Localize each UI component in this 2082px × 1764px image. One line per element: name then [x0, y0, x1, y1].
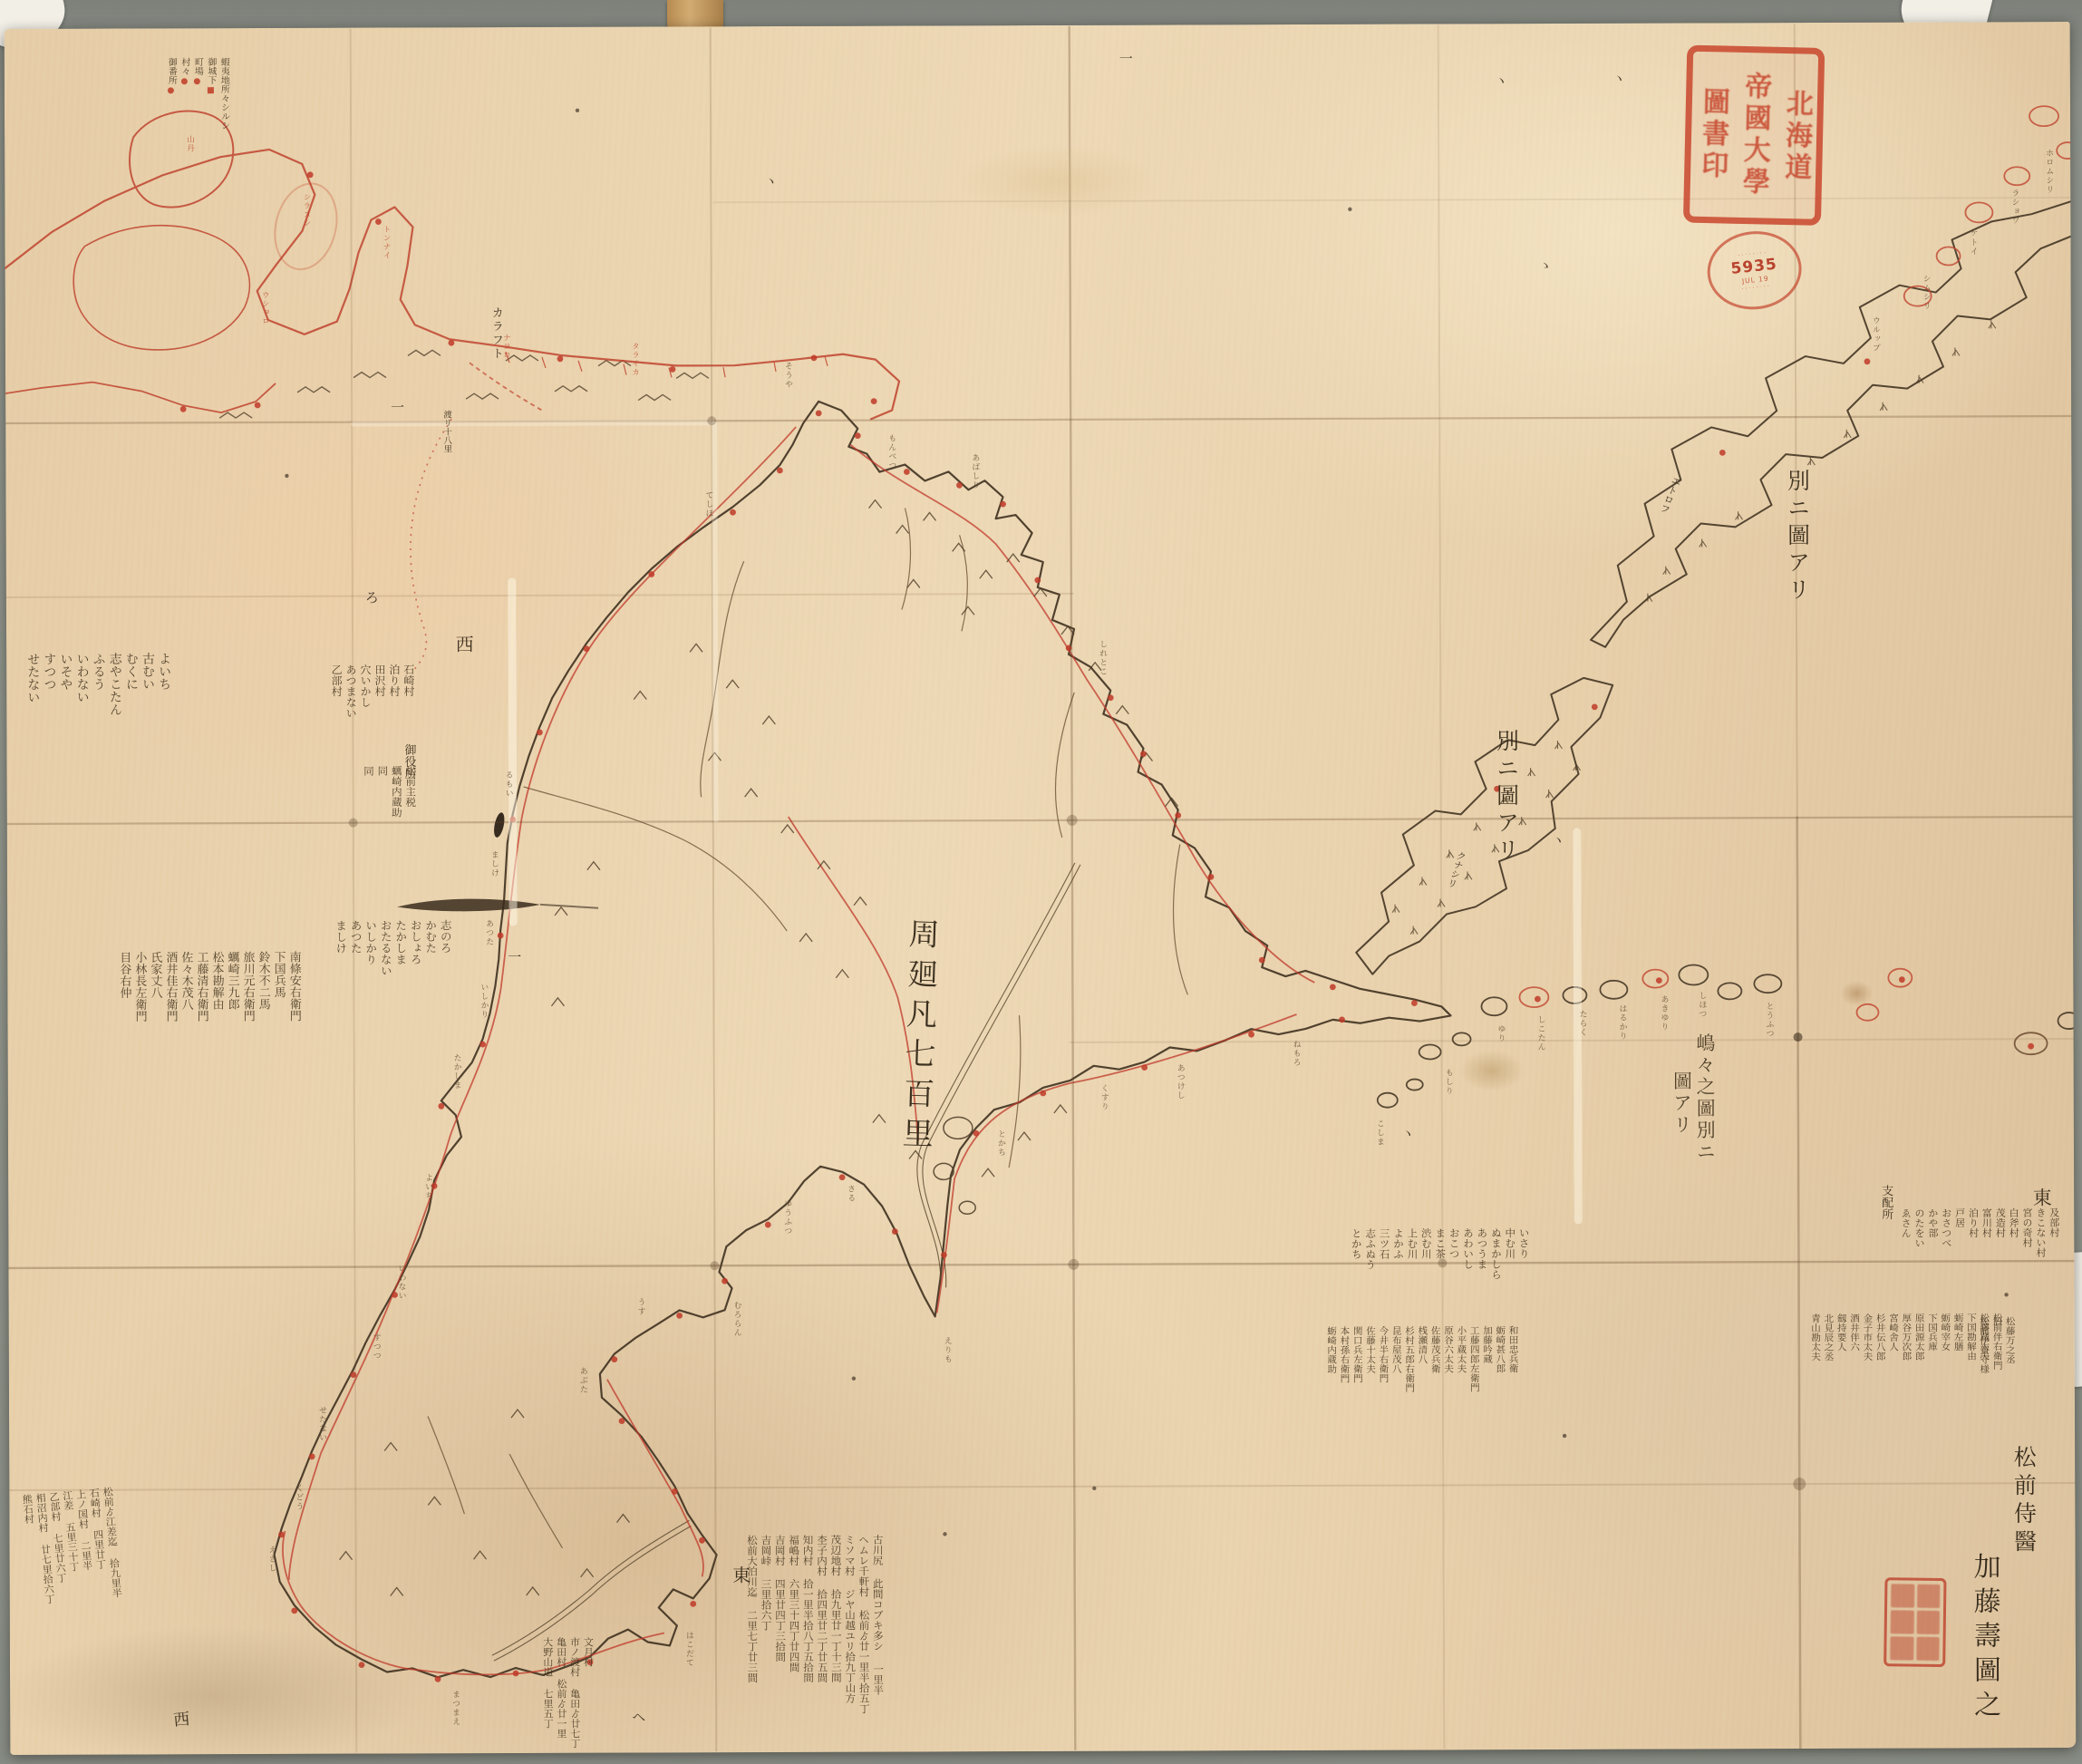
text-column: よかふ [1393, 1228, 1405, 1326]
text-column: ヘムレ千軒村 松前ゟ廿一里半拾五丁 [858, 1535, 870, 1755]
text-column: 佐藤茂兵衛 [1429, 1325, 1440, 1414]
text-column: すつつ [42, 653, 56, 925]
text-column: 中む川 [1505, 1227, 1516, 1325]
coast-label: いわない [396, 1264, 404, 1300]
text-column: 佐藤十太夫 [1365, 1326, 1376, 1415]
legend-marker [207, 87, 213, 93]
text-column: たかしま [394, 919, 407, 1150]
islands-note-col-1: 嶋々之圖別ニ [1694, 1032, 1715, 1223]
text-column: 関口兵左衛門 [1351, 1326, 1362, 1415]
text-column: 富川村 [1980, 1207, 1991, 1314]
signature-line-2: 加藤壽圖之 [1964, 1552, 2005, 1724]
legend-entry: 村々 [179, 57, 189, 198]
text-column: 蠣崎内蔵助 [391, 765, 402, 919]
coast-label: しれとこ [1098, 640, 1106, 676]
coast-label: とうふつ [1764, 1002, 1772, 1038]
text-column: 南條安右衛門 [287, 951, 301, 1232]
text-column: 下国勘解由 [1966, 1313, 1977, 1483]
text-column: 目谷右仲 [117, 952, 131, 1233]
text-column: 松藤万之丞 [2004, 1316, 2015, 1432]
coast-label: シラヌシ [302, 193, 310, 228]
fold-order-mark: 一 [391, 397, 404, 416]
text-column: 同 [377, 766, 389, 920]
coast-label: すつつ [372, 1333, 380, 1361]
coast-label: ウショロ [261, 291, 269, 325]
text-column: よいち [157, 652, 171, 924]
text-column: 小林長左衛門 [132, 951, 146, 1232]
coast-label: せたない [317, 1406, 325, 1442]
text-column: 古川尻 此間コブキ多シ 一里半 [872, 1535, 884, 1755]
text-column: 工藤清右衛門 [194, 951, 208, 1232]
text-column: 劔持要人 [1835, 1313, 1846, 1484]
heading-east-far: 東 [2028, 1187, 2055, 1207]
text-column: 蛎崎宰女 [1940, 1313, 1951, 1483]
text-column: いしかり [364, 920, 377, 1151]
islands-note-col-2: 圖アリ [1671, 1071, 1692, 1223]
text-column: 桟瀬清八 [1417, 1326, 1428, 1415]
heading-west: 西 [450, 635, 477, 653]
text-column: おしょろ [410, 919, 422, 1150]
coast-label: もんべつ [886, 434, 895, 470]
signature-seal [1883, 1577, 1946, 1667]
coast-label: ましけ [489, 850, 498, 877]
text-column: 吉岡村 四里廿四丁三拾間 [774, 1535, 786, 1755]
coast-label: えさし [267, 1546, 276, 1573]
coast-label: ゆり [1496, 1024, 1505, 1042]
legend-entry: 町場 [192, 57, 202, 198]
coast-label: シムシリ [1922, 275, 1930, 311]
text-column: 古むい [140, 652, 155, 924]
text-column: のたをい [1913, 1208, 1924, 1315]
text-column: 蠣崎三九郎 [225, 951, 238, 1232]
coast-label: いしかり [479, 983, 487, 1019]
coast-label: たらく [1577, 1010, 1585, 1037]
text-column: 下国兵馬 [272, 951, 286, 1232]
coast-label: あきゆり [1659, 995, 1667, 1032]
text-column: 三ツ石 [1379, 1228, 1390, 1326]
text-column: 蛎崎内蔵助 [1326, 1326, 1337, 1415]
fold-order-mark: ヽ [1401, 1124, 1415, 1143]
fold-order-mark: ヘ [632, 1708, 645, 1727]
text-column: おたるない [380, 919, 392, 1150]
legend-marker [194, 78, 200, 84]
text-column: とかち [1351, 1228, 1362, 1326]
text-column: 泊り村 [388, 664, 400, 747]
text-column: 加藤吟蔵 [1482, 1325, 1493, 1414]
coast-label: はるかり [1617, 1004, 1625, 1041]
fold-order-mark: ヽ [1552, 830, 1565, 849]
text-column: 白斧村 [2008, 1207, 2019, 1314]
karafuto-coastline [5, 109, 900, 422]
text-column: 渋む川 [1420, 1227, 1432, 1325]
text-column: 青山勘太夫 [1810, 1313, 1821, 1484]
text-column: 穴いかし [359, 664, 371, 748]
text-column: ぬまかしら [1490, 1227, 1502, 1325]
text-column: 酒井佳右衛門 [163, 951, 177, 1232]
text-column: 大野山道 七里五丁 [542, 1637, 553, 1755]
red-dashed-routes [410, 363, 545, 670]
fold-order-mark: ヽ [1495, 71, 1508, 90]
text-column: 工藤四郎左衛門 [1468, 1325, 1479, 1414]
text-column: 酒井伴六 [1849, 1313, 1860, 1484]
text-column: 蛎崎左膳 [1952, 1313, 1963, 1483]
fold-order-mark: ヽ [764, 171, 778, 190]
text-column: 佐々木茂八 [179, 951, 192, 1232]
text-column: ゑさん [1900, 1208, 1911, 1315]
coast-label: ねもろ [1292, 1040, 1300, 1067]
text-column: おこつ [1448, 1227, 1460, 1325]
text-column: 茂造村 [1994, 1207, 2005, 1314]
coast-label: くどう [294, 1484, 302, 1511]
south-distance-list: 古川尻 此間コブキ多シ 一里半ヘムレ千軒村 松前ゟ廿一里半拾五丁ミソマ村 ジヤ山… [743, 1535, 886, 1755]
coast-label: てしほ [703, 490, 712, 518]
text-column: 杉村五郎右衛門 [1404, 1326, 1415, 1415]
text-column: いさり [1518, 1227, 1530, 1325]
text-column: あわいし [1463, 1227, 1475, 1325]
text-column: あつうま [1477, 1227, 1488, 1325]
text-column: ふるう [92, 653, 106, 925]
coast-label: あばしり [970, 453, 978, 489]
legend-entry: 御城下 [205, 57, 215, 198]
coast-label: はこだて [684, 1631, 692, 1667]
coast-label: しこたん [1535, 1015, 1544, 1052]
text-column: かや部 [1927, 1208, 1938, 1315]
text-column: 原谷六太夫 [1443, 1325, 1454, 1414]
text-column: 昆布屋茂八 [1390, 1326, 1401, 1415]
text-column: 松前大泊川迄 二里七丁廿三間 [746, 1535, 758, 1755]
fold-order-mark: ヽ [1612, 69, 1626, 88]
heading-shihaisho: 支配所 [1877, 1185, 1894, 1220]
coast-label: ケトイ [1968, 228, 1976, 256]
text-column: いそや [58, 653, 73, 925]
accession-number: 5935 [1730, 255, 1778, 277]
south-sub-list: 文月村市ノ渡村 亀田ゟ廿七丁亀田村 松前ゟ廿一里大野山道 七里五丁 [539, 1637, 596, 1755]
text-column: 金子市太夫 [1862, 1313, 1873, 1484]
circumference-label: 周廻凡七百里 [892, 917, 944, 1158]
text-column: 吉岡峠 三里拾六丁 [760, 1535, 772, 1755]
seal-text-column: 北海道 [1775, 88, 1816, 184]
text-column: 亀田村 松前ゟ廿一里 [556, 1637, 566, 1755]
legend-block: 蝦夷地所々シルシ御城下町場村々御番所 [162, 57, 232, 198]
crossing-note: 渡リ十八里 [440, 410, 452, 453]
far-east-villages-list: 及部村きこない村宮の奇村白斧村茂造村富川村泊り村戸居おさつべかや部のたをいゑさん [1897, 1207, 2062, 1315]
text-column: 蛎崎甚八郎 [1495, 1325, 1506, 1414]
legend-entry: 蝦夷地所々シルシ [218, 57, 228, 198]
library-seal: 北海道 帝國大學 圖書印 [1683, 45, 1825, 226]
text-column: 福嶋村 六里三十四丁廿四間 [789, 1535, 800, 1755]
text-column: 下国兵庫 [1927, 1313, 1938, 1484]
coast-label: 山丹 [186, 135, 194, 152]
coast-label: るもい [504, 771, 512, 798]
text-column: ましけ [334, 920, 347, 1151]
text-column: 松本勘解由 [209, 951, 223, 1232]
coast-label: あぶた [578, 1367, 586, 1394]
text-column: むくに [124, 652, 139, 924]
separate-map-note-2: 別ニ圖アリ [1489, 729, 1523, 865]
fold-dark-spot [1794, 1032, 1803, 1042]
office-names-list: 松前主税蠣崎内蔵助同同 [361, 765, 420, 919]
text-column: 宮の奇村 [2021, 1207, 2032, 1314]
text-column: 戸居 [1954, 1207, 1965, 1314]
legend-entry: 御番所 [166, 57, 176, 198]
text-column: 志のろ [440, 919, 452, 1150]
west-coast-kana-list: よいち古むいむくに志やこたんふるういわないいそやすつつせたない [23, 652, 174, 925]
coast-label: あつけし [1176, 1063, 1184, 1100]
coast-label: むろらん [732, 1301, 741, 1337]
text-column: 氏家丈八 [148, 951, 161, 1232]
coast-label: ウルップ [1871, 316, 1879, 353]
text-column: 杢子内村 拾四里廿二丁廿五間 [817, 1535, 828, 1755]
coast-label: とかち [996, 1129, 1004, 1157]
coast-label: しほつ [1697, 991, 1705, 1018]
text-column: 茂辺地村 拾九里廿一丁十三間 [830, 1535, 842, 1755]
text-column: 文月村 [583, 1637, 594, 1755]
seal-text-column: 帝國大學 [1733, 72, 1776, 199]
text-column: 宮崎舎人 [1888, 1313, 1899, 1484]
text-column: きこない村 [2035, 1207, 2046, 1314]
text-column: 志ふぬう [1365, 1228, 1377, 1326]
text-column: 厚谷万次郎 [1901, 1313, 1912, 1484]
coast-label: あつた [484, 919, 492, 946]
west-kana2-list: 志のろかむたおしょろたかしまおたるないいしかりあつたましけ [332, 919, 455, 1150]
fold-order-mark: 一 [1119, 49, 1133, 68]
text-column: 鈴木不二馬 [257, 951, 270, 1232]
coast-label: さる [846, 1185, 854, 1203]
map-sheet: 北海道 帝國大學 圖書印 ··ᐧ··ᐧ·· 5935 JUL 19 ··ᐧ··ᐧ… [5, 22, 2077, 1755]
text-column: 石崎村 [402, 664, 414, 747]
east-kana-list: いさり中む川ぬまかしらあつうまあわいしおこつまこ茶渋む川上む川よかふ三ツ石志ふぬ… [1348, 1227, 1533, 1326]
east-officials-names-list: 和田忠兵衛蛎崎甚八郎加藤吟蔵工藤四郎左衛門小平蔵太夫原谷六太夫佐藤茂兵衛桟瀬清八… [1323, 1325, 1521, 1415]
coast-label: えりも [943, 1336, 951, 1363]
coast-label: たかしま [452, 1053, 460, 1090]
heading-west-sw: 西 [167, 1710, 192, 1728]
text-column: 今井半右衛門 [1378, 1326, 1389, 1415]
coast-label: ゆうふつ [782, 1199, 790, 1236]
text-column: あつた [350, 920, 363, 1151]
text-column: かむた [424, 919, 437, 1150]
coast-label: ナヨロ [502, 334, 510, 360]
forest-marks [1390, 320, 1998, 934]
paper-tear [397, 898, 598, 911]
fold-order-mark: ろ [365, 588, 379, 607]
coast-label: うす [636, 1298, 644, 1316]
text-column: せたない [25, 653, 40, 925]
text-column: 本村孫右衛門 [1339, 1326, 1350, 1415]
text-column: 原田源太郎 [1913, 1313, 1924, 1484]
text-column: 和田忠兵衛 [1507, 1325, 1518, 1414]
text-column: あつまない [344, 664, 356, 748]
text-column: 及部村 [2048, 1207, 2059, 1314]
text-column: ミソマ村 ジヤ山越ユリ拾九丁山方 [844, 1535, 856, 1755]
coast-label: そうや [783, 362, 791, 389]
village-dots [179, 166, 2037, 1683]
far-east-names-list: 松前伴右衛門松藤蔵太夫下国勘解由蛎崎左膳蛎崎宰女下国兵庫原田源太郎厚谷万次郎宮崎… [1807, 1313, 2006, 1484]
coast-label: こしま [1375, 1119, 1383, 1147]
text-column: 乙部村 [330, 664, 342, 748]
text-column: 北見辰之丞 [1823, 1313, 1834, 1484]
coast-label: タライカ [631, 343, 639, 377]
photograph-of-folded-map: 北海道 帝國大學 圖書印 ··ᐧ··ᐧ·· 5935 JUL 19 ··ᐧ··ᐧ… [0, 0, 2082, 1764]
text-column: 上む川 [1407, 1228, 1419, 1326]
signature-line-1: 松前侍醫 [2007, 1445, 2039, 1557]
fold-order-mark: 一 [508, 947, 521, 966]
text-column: 田沢村 [373, 664, 385, 748]
mountain-marks [336, 499, 1181, 1595]
text-column: おさつべ [1941, 1207, 1951, 1314]
coast-label: ラショワ [2009, 189, 2018, 225]
coast-label: もしり [1444, 1068, 1452, 1095]
text-column: 松前伴右衛門 [1991, 1313, 2002, 1483]
seal-text-column: 圖書印 [1691, 86, 1733, 182]
text-column: 市ノ渡村 亀田ゟ廿七丁 [569, 1637, 580, 1755]
text-column: 同 [363, 766, 375, 920]
coast-label: トンナイ [382, 226, 390, 260]
text-column: いわない [74, 653, 89, 925]
text-column: 小平蔵太夫 [1456, 1325, 1467, 1414]
text-column: 知内村 拾一里半拾八丁五拾間 [802, 1535, 814, 1755]
text-column: 志やこたん [108, 653, 122, 925]
ink-blot [492, 811, 507, 838]
coast-label: くすり [1099, 1084, 1108, 1111]
text-column: 旅川元右衛門 [240, 951, 254, 1232]
text-column: 松前主税 [405, 765, 417, 919]
text-column: 泊り村 [1968, 1207, 1979, 1314]
fold-order-mark: ゝ [1539, 256, 1553, 275]
text-column: 松藤蔵太夫 [1979, 1313, 1990, 1483]
text-column: 杉井伝八郎 [1874, 1313, 1885, 1484]
islands-note: 嶋々之圖別ニ 圖アリ [1669, 1032, 1719, 1223]
coast-label: よいち [423, 1173, 431, 1200]
coast-label: ホロムシリ [2044, 149, 2052, 194]
legend-marker [180, 78, 187, 84]
coast-label: まつまえ [450, 1690, 459, 1726]
text-column: まこ茶 [1435, 1227, 1447, 1325]
separate-map-note-1: 別ニ圖アリ [1780, 469, 1814, 605]
west-officials-names-list: 南條安右衛門下国兵馬鈴木不二馬旅川元右衛門蠣崎三九郎松本勘解由工藤清右衛門佐々木… [114, 951, 303, 1233]
west-villages-list: 石崎村泊り村田沢村穴いかしあつまない乙部村 [327, 664, 417, 747]
legend-marker [168, 87, 174, 93]
